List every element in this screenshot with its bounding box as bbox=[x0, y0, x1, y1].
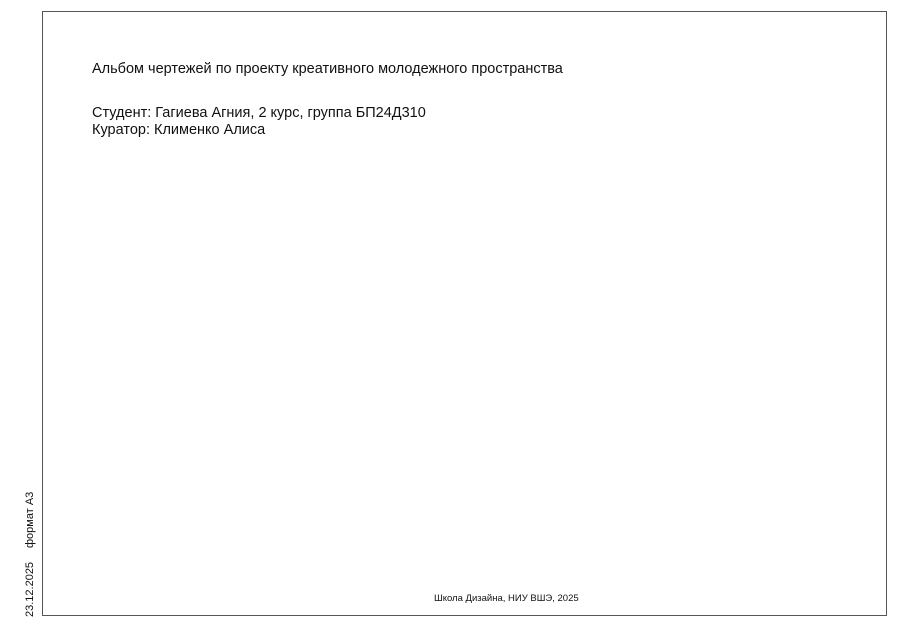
student-line: Студент: Гагиева Агния, 2 курс, группа Б… bbox=[92, 105, 426, 122]
drawing-frame bbox=[42, 11, 887, 616]
album-title: Альбом чертежей по проекту креативного м… bbox=[92, 61, 563, 77]
footer-institution: Школа Дизайна, НИУ ВШЭ, 2025 bbox=[434, 593, 579, 604]
author-info: Студент: Гагиева Агния, 2 курс, группа Б… bbox=[92, 105, 426, 139]
side-format: формат А3 bbox=[24, 492, 36, 548]
curator-line: Куратор: Клименко Алиса bbox=[92, 122, 426, 139]
side-date: 23.12.2025 bbox=[24, 562, 36, 617]
